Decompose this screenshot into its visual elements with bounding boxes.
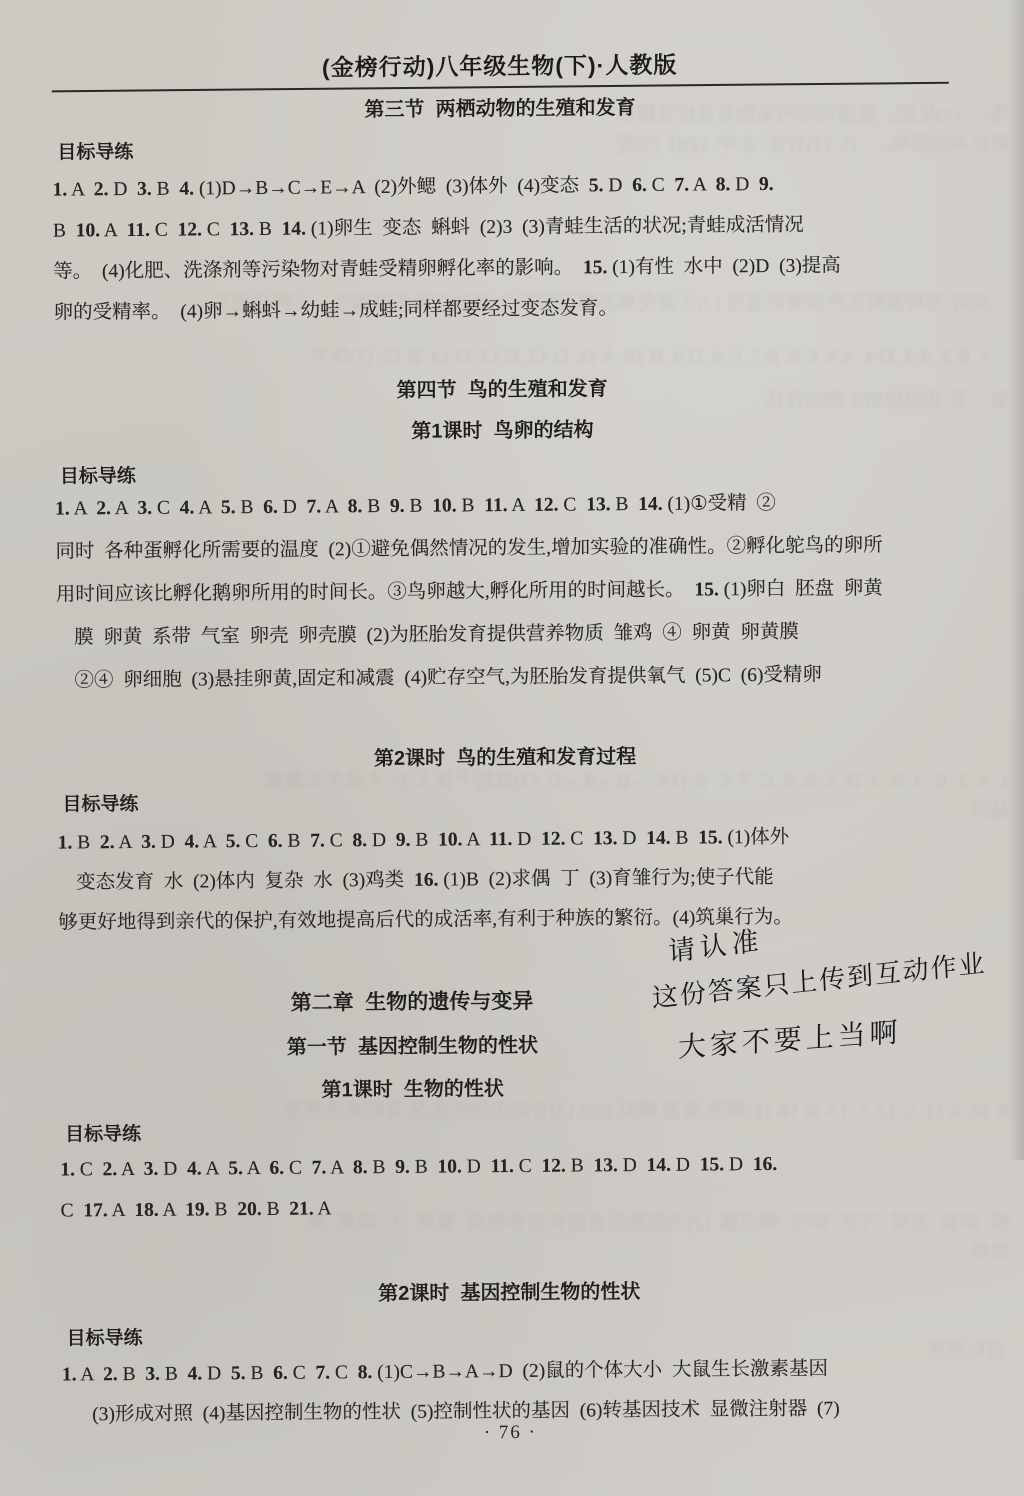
answer-line: B 10. A 11. C 12. C 13. B 14. (1)卵生 变态 蝌…: [53, 204, 953, 252]
answer-line: 1. A 2. D 3. B 4. (1)D→B→C→E→A (2)外鳃 (3)…: [52, 163, 952, 211]
answer-block: 1. B 2. A 3. D 4. A 5. C 6. B 7. C 8. D …: [58, 817, 959, 944]
answer-line: 变态发育 水 (2)体内 复杂 水 (3)鸡类 16. (1)B (2)求偶 丁…: [58, 857, 958, 904]
answer-block: 1. A 2. D 3. B 4. (1)D→B→C→E→A (2)外鳃 (3)…: [52, 163, 953, 334]
lesson-title: 第2课时 鸟的生殖和发育过程: [0, 737, 1010, 774]
page-header-title: (金榜行动)八年级生物(下)·人教版: [0, 44, 1005, 85]
answer-line: 1. B 2. A 3. D 4. A 5. C 6. B 7. C 8. D …: [58, 817, 958, 864]
drill-label: 目标导练: [57, 137, 133, 165]
lesson-title: 第1课时 生物的性状: [3, 1070, 823, 1105]
lesson-title: 第2课时 基因控制生物的性状: [4, 1272, 1014, 1309]
drill-label: 目标导练: [65, 1119, 141, 1147]
answer-block: 1. C 2. A 3. D 4. A 5. A 6. C 7. A 8. B …: [60, 1142, 961, 1231]
page-edge-shadow: [1008, 0, 1024, 1160]
section-title: 第四节 鸟的生殖和发育: [0, 369, 1007, 406]
answer-line: 1. A 2. B 3. B 4. D 5. B 6. C 7. C 8. (1…: [62, 1348, 962, 1395]
answer-line: 等。 (4)化肥、洗涤剂等污染物对青蛙受精卵孵化率的影响。 15. (1)有性 …: [53, 245, 953, 293]
section-title: 第三节 两栖动物的生殖和发育: [0, 88, 1005, 125]
drill-label: 目标导练: [60, 461, 136, 489]
answer-line: 1. C 2. A 3. D 4. A 5. A 6. C 7. A 8. B …: [60, 1142, 960, 1190]
answer-line: 膜 卵黄 系带 气室 卵壳 卵壳膜 (2)为胚胎发育提供营养物质 雏鸡 ④ 卵黄…: [56, 610, 956, 660]
answer-line: 够更好地得到亲代的保护,有效地提高后代的成活率,有利于种族的繁衍。(4)筑巢行为…: [58, 897, 958, 944]
drill-label: 目标导练: [62, 789, 138, 817]
lesson-title: 第1课时 鸟卵的结构: [0, 410, 1008, 447]
answer-line: 同时 各种蛋孵化所需要的温度 (2)①避免偶然情况的发生,增加实验的准确性。②孵…: [55, 524, 955, 574]
answer-line: 卵的受精率。 (4)卵→蝌蚪→幼蛙→成蛙;同样都要经过变态发育。: [53, 286, 953, 334]
answer-line: C 17. A 18. A 19. B 20. B 21. A: [60, 1183, 960, 1231]
answer-line: ②④ 卵细胞 (3)悬挂卵黄,固定和减震 (4)贮存空气,为胚胎发育提供氧气 (…: [56, 653, 956, 703]
answer-line: 1. A 2. A 3. C 4. A 5. B 6. D 7. A 8. B …: [55, 481, 955, 531]
drill-label: 目标导练: [67, 1323, 143, 1351]
workbook-answer-page: 等。 (4)化肥、洗涤剂等污染物对青蛙受精卵孵化率的影响。 15. (1)有性 …: [0, 0, 1024, 1496]
answer-line: 用时间应该比孵化鹅卵所用的时间长。③鸟卵越大,孵化所用的时间越长。 15. (1…: [56, 567, 956, 617]
answer-block: 1. A 2. A 3. C 4. A 5. B 6. D 7. A 8. B …: [55, 481, 957, 703]
handwritten-note: 请认准 这份答案只上传到互动作业 大家不要上当啊: [0, 0, 20, 95]
